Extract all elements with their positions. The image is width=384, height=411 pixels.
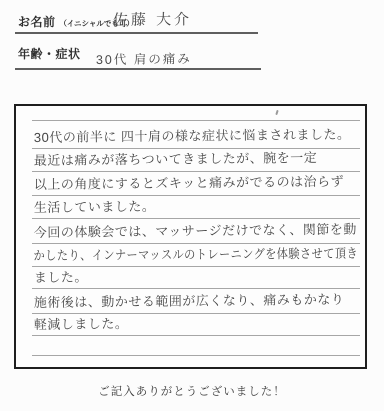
testimonial-line: ました。 — [32, 267, 360, 289]
testimonial-line: 生活していました。 — [32, 196, 360, 219]
testimonial-line-text — [32, 118, 34, 120]
name-field-underline — [15, 32, 258, 34]
testimonial-line-text — [32, 353, 34, 355]
testimonial-line: 施術後は、動かせる範囲が広くなり、痛みもかなり — [32, 289, 360, 314]
testimonial-line: 以上の角度にするとズキッと痛みがでるのは治らず — [32, 172, 360, 196]
age-field-label: 年齢・症状 — [18, 45, 81, 62]
name-field-value: 佐藤 大介 — [113, 8, 192, 30]
stray-pen-mark — [275, 110, 278, 115]
testimonial-line-text: 30代の前半に 四十肩の様な症状に悩まされました。 — [32, 124, 351, 148]
questionnaire-form: お名前 （イニシャルでも可） 佐藤 大介 年齢・症状 30代 肩の痛み 30代の… — [0, 0, 384, 411]
testimonial-line-text: 以上の角度にするとズキッと痛みがでるのは治らず — [32, 171, 344, 195]
age-field-underline — [15, 68, 261, 70]
testimonial-line-text: 最近は痛みが落ちついてきましたが、腕を一定 — [32, 147, 318, 171]
testimonial-box: 30代の前半に 四十肩の様な症状に悩まされました。最近は痛みが落ちついてきました… — [14, 104, 367, 369]
testimonial-line: 軽減しました。 — [32, 314, 360, 336]
testimonial-line-text: ました。 — [32, 266, 88, 288]
testimonial-line: 今回の体験会では、マッサージだけでなく、関節を動 — [32, 219, 360, 244]
testimonial-line — [32, 336, 360, 356]
testimonial-line-text: 施術後は、動かせる範囲が広くなり、痛みもかなり — [32, 289, 345, 313]
testimonial-line-text: 軽減しました。 — [32, 313, 129, 335]
testimonial-line-text: 今回の体験会では、マッサージだけでなく、関節を動 — [32, 219, 357, 243]
name-field-label-text: お名前 — [18, 15, 56, 29]
thank-you-text: ご記入ありがとうございました！ — [0, 383, 384, 399]
testimonial-line: 最近は痛みが落ちついてきましたが、腕を一定 — [32, 149, 360, 172]
testimonial-lines: 30代の前半に 四十肩の様な症状に悩まされました。最近は痛みが落ちついてきました… — [16, 106, 365, 367]
age-field-value: 30代 肩の痛み — [96, 49, 192, 68]
testimonial-line-text: 生活していました。 — [32, 196, 156, 218]
testimonial-line: かしたり、インナーマッスルのトレーニングを体験させて頂き — [32, 244, 360, 267]
testimonial-line-text: かしたり、インナーマッスルのトレーニングを体験させて頂き — [32, 243, 358, 266]
testimonial-line: 30代の前半に 四十肩の様な症状に悩まされました。 — [32, 121, 360, 149]
testimonial-line — [32, 106, 360, 121]
